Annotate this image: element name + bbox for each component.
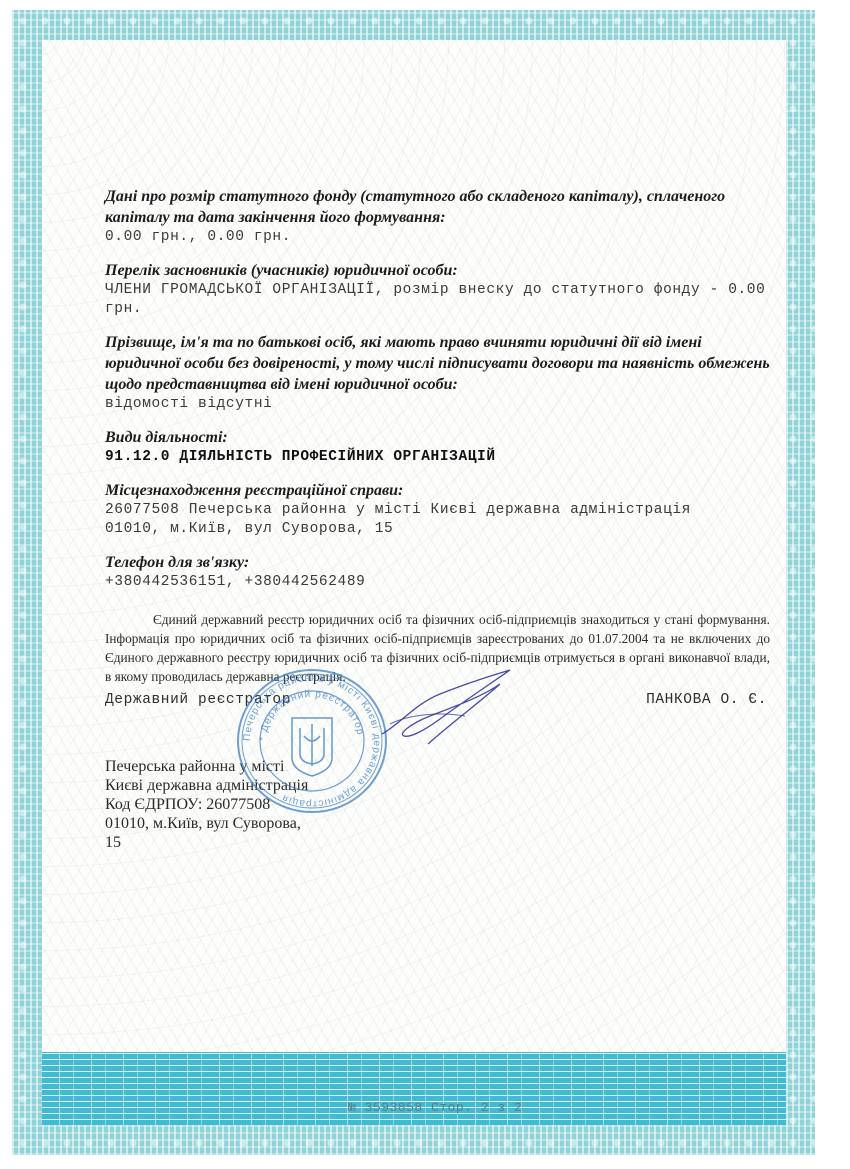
page-number-footer: № 3593858 Стор. 2 з 2 (348, 1100, 522, 1115)
field-value-line: 26077508 Печерська районна у місті Києві… (105, 501, 770, 520)
field-label: Види діяльності: (105, 427, 770, 448)
field-value: +380442536151, +380442562489 (105, 573, 770, 592)
registrar-name: ПАНКОВА О. Є. (646, 692, 767, 708)
signature-row: Державний реєстратор ПАНКОВА О. Є. (105, 692, 767, 708)
authority-line: Печерська районна у місті (105, 757, 308, 776)
registrar-title: Державний реєстратор (105, 692, 291, 708)
field-value-line: 01010, м.Київ, вул Суворова, 15 (105, 520, 770, 539)
section-registration-location: Місцезнаходження реєстраційної справи: 2… (105, 480, 770, 539)
field-value: ЧЛЕНИ ГРОМАДСЬКОЇ ОРГАНІЗАЦІЇ, розмір вн… (105, 281, 770, 319)
field-label: Дані про розмір статутного фонду (статут… (105, 186, 770, 228)
authority-block: Печерська районна у місті Києві державна… (105, 757, 308, 852)
authority-line: 15 (105, 833, 308, 852)
section-founders: Перелік засновників (учасників) юридично… (105, 260, 770, 319)
field-label: Прізвище, ім'я та по батькові осіб, які … (105, 332, 770, 395)
registry-notice: Єдиний державний реєстр юридичних осіб т… (105, 610, 770, 686)
field-label: Місцезнаходження реєстраційної справи: (105, 480, 770, 501)
section-phone: Телефон для зв'язку: +380442536151, +380… (105, 552, 770, 592)
field-value: 91.12.0 ДІЯЛЬНІСТЬ ПРОФЕСІЙНИХ ОРГАНІЗАЦ… (105, 448, 770, 467)
field-value: відомості відсутні (105, 395, 770, 414)
authority-line: Києві державна адміністрація (105, 776, 308, 795)
authority-line: Код ЄДРПОУ: 26077508 (105, 795, 308, 814)
field-label: Перелік засновників (учасників) юридично… (105, 260, 770, 281)
field-value: 0.00 грн., 0.00 грн. (105, 228, 770, 247)
authority-line: 01010, м.Київ, вул Суворова, (105, 814, 308, 833)
section-authorized-persons: Прізвище, ім'я та по батькові осіб, які … (105, 332, 770, 414)
section-activities: Види діяльності: 91.12.0 ДІЯЛЬНІСТЬ ПРОФ… (105, 427, 770, 467)
section-charter-capital: Дані про розмір статутного фонду (статут… (105, 186, 770, 247)
document-body: Дані про розмір статутного фонду (статут… (105, 186, 770, 686)
field-label: Телефон для зв'язку: (105, 552, 770, 573)
